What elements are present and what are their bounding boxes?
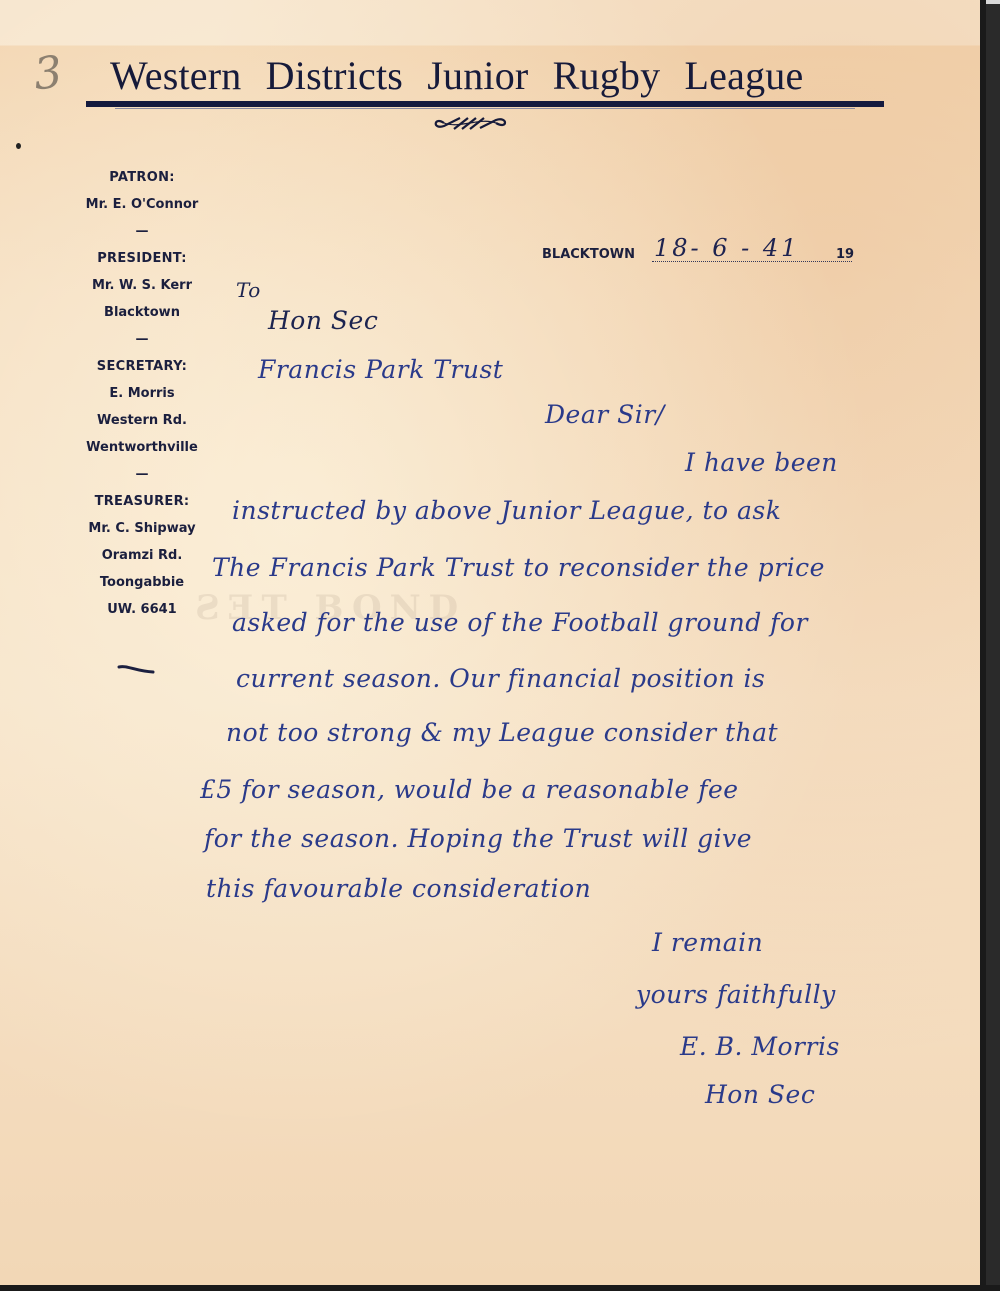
officer-block-patron: PATRON: Mr. E. O'Connor — [62, 164, 222, 218]
letterhead-word: Rugby — [553, 53, 661, 98]
recipient-org: Francis Park Trust — [258, 355, 503, 384]
flourish-ornament-icon — [430, 114, 510, 132]
scan-bottom-edge — [0, 1285, 1000, 1291]
handwritten-date: 18- 6 - 41 — [654, 234, 799, 262]
officer-line: Mr. W. S. Kerr — [62, 272, 222, 299]
officer-line: E. Morris — [62, 380, 222, 407]
recipient-title: Hon Sec — [268, 306, 378, 335]
body-line: asked for the use of the Football ground… — [232, 608, 808, 637]
officer-role: PATRON: — [62, 164, 222, 191]
salutation: Dear Sir/ — [545, 400, 665, 429]
officer-role: SECRETARY: — [62, 353, 222, 380]
officer-line: Mr. C. Shipway — [62, 515, 222, 542]
separator-dash: — — [62, 218, 222, 245]
officer-line: Toongabbie — [62, 569, 222, 596]
letterhead-rule — [86, 101, 884, 107]
officer-line: Western Rd. — [62, 407, 222, 434]
officer-line: UW. 6641 — [62, 596, 222, 623]
letterhead-word: Junior — [427, 53, 528, 98]
body-line: £5 for season, would be a reasonable fee — [200, 775, 739, 804]
archive-folio-number: 3 — [31, 47, 64, 101]
body-line: this favourable consideration — [206, 874, 591, 903]
signature-title: Hon Sec — [705, 1080, 815, 1109]
officers-sidebar: PATRON: Mr. E. O'Connor — PRESIDENT: Mr.… — [62, 164, 222, 623]
officer-block-secretary: SECRETARY: E. Morris Western Rd. Wentwor… — [62, 353, 222, 461]
to-label: To — [236, 278, 261, 302]
body-line: I have been — [685, 448, 838, 477]
punch-mark — [16, 143, 21, 149]
closing-line: I remain — [652, 928, 763, 957]
letterhead-word: Districts — [266, 53, 403, 98]
letterhead-underline — [115, 108, 855, 109]
closing-line: yours faithfully — [636, 980, 836, 1009]
officer-line: Wentworthville — [62, 434, 222, 461]
officer-block-treasurer: TREASURER: Mr. C. Shipway Oramzi Rd. Too… — [62, 488, 222, 623]
dateline-place: BLACKTOWN — [542, 247, 635, 262]
body-line: instructed by above Junior League, to as… — [232, 496, 781, 525]
body-line: The Francis Park Trust to reconsider the… — [212, 553, 825, 582]
signature: E. B. Morris — [680, 1032, 840, 1061]
officer-line: Oramzi Rd. — [62, 542, 222, 569]
officer-block-president: PRESIDENT: Mr. W. S. Kerr Blacktown — [62, 245, 222, 326]
body-line: not too strong & my League consider that — [226, 718, 778, 747]
body-line: current season. Our financial position i… — [236, 664, 765, 693]
dateline: BLACKTOWN 18- 6 - 41 19 — [542, 242, 862, 266]
letterhead-word: Western — [110, 53, 241, 98]
officer-line: Mr. E. O'Connor — [62, 191, 222, 218]
letterhead-word: League — [685, 53, 804, 98]
letter-page: 3 Western Districts Junior Rugby League … — [0, 0, 986, 1286]
pen-tick-mark-icon — [117, 663, 155, 675]
officer-role: PRESIDENT: — [62, 245, 222, 272]
separator-dash: — — [62, 461, 222, 488]
officer-line: Blacktown — [62, 299, 222, 326]
separator-dash: — — [62, 326, 222, 353]
officer-role: TREASURER: — [62, 488, 222, 515]
body-line: for the season. Hoping the Trust will gi… — [204, 824, 752, 853]
letterhead-title: Western Districts Junior Rugby League — [110, 52, 870, 99]
printed-century: 19 — [836, 247, 854, 262]
